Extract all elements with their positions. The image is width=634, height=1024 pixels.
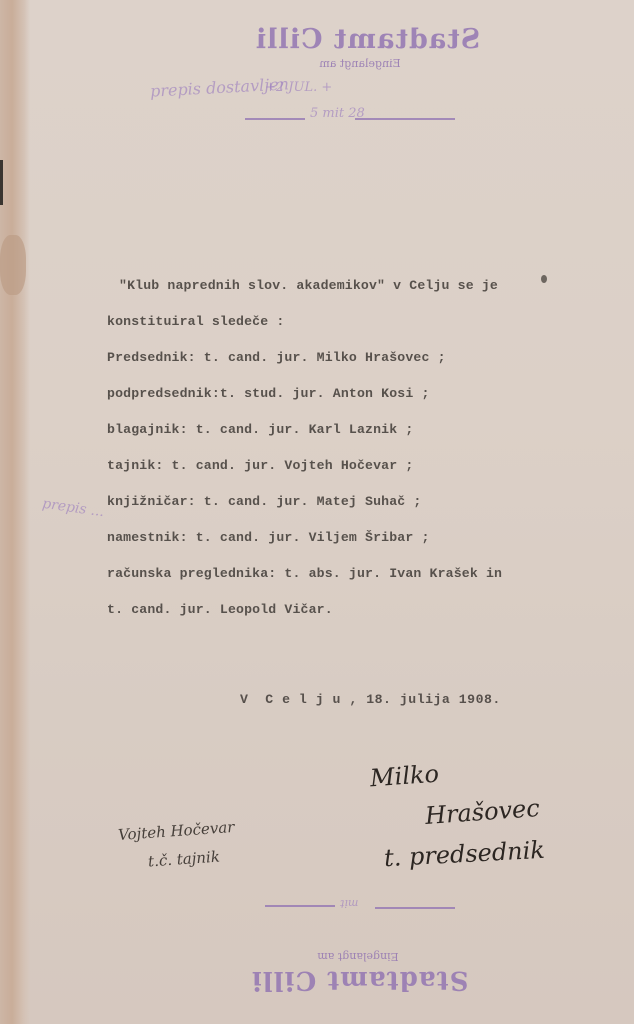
bottom-stamp-title: Stadtamt Cilli [251, 965, 468, 995]
body-line-auditors: računska preglednika: t. abs. jur. Ivan … [107, 556, 577, 592]
body-line-treasurer: blagajnik: t. cand. jur. Karl Laznik ; [107, 412, 577, 448]
signature-secretary-name: Vojteh Hočevar [118, 818, 235, 844]
body-line-vice-president: podpredsednik:t. stud. jur. Anton Kosi ; [107, 376, 577, 412]
signature-president-title: t. predsednik [383, 836, 545, 872]
body-line-deputy: namestnik: t. cand. jur. Viljem Šribar ; [107, 520, 577, 556]
typed-body: "Klub naprednih slov. akademikov" v Celj… [107, 268, 577, 628]
body-line-librarian: knjižničar: t. cand. jur. Matej Suhač ; [107, 484, 577, 520]
top-stamp-line-right [355, 118, 455, 120]
body-line-1: "Klub naprednih slov. akademikov" v Celj… [107, 268, 577, 304]
signature-president-last-name: Hrašovec [424, 794, 540, 830]
place-date-line: V C e l j u , 18. julija 1908. [240, 692, 501, 707]
body-line-secretary: tajnik: t. cand. jur. Vojteh Hočevar ; [107, 448, 577, 484]
top-stamp-title: Stadtamt Cilli [255, 24, 480, 55]
body-line-president: Predsednik: t. cand. jur. Milko Hrašovec… [107, 340, 577, 376]
left-edge-dark-mark [0, 160, 3, 205]
top-stamp-number-mark: 5 mit 28 [310, 106, 365, 121]
margin-handwritten-note: prepis ... [41, 496, 105, 521]
left-edge-stain-blob [0, 235, 26, 295]
body-line-2: konstituiral sledeče : [107, 304, 577, 340]
signature-secretary-title: t.č. tajnik [147, 848, 220, 871]
bottom-stamp-subtitle: Eingelangt am [248, 950, 468, 963]
top-stamp-handwritten-note: prepis dostavljen [150, 74, 290, 100]
bottom-stamp-number-mark: mit [340, 897, 358, 910]
top-stamp-line-left [245, 118, 305, 120]
signature-president-first-name: Milko [369, 760, 440, 793]
document-page: Stadtamt Cilli Eingelangt am +2 JUL. + p… [0, 0, 634, 1024]
bottom-stamp-line-left [265, 905, 335, 907]
bottom-stamp-line-right [375, 907, 455, 909]
bottom-stamp: Stadtamt Cilli Eingelangt am [248, 950, 468, 995]
left-edge-stain [0, 0, 30, 1024]
body-line-auditors-cont: t. cand. jur. Leopold Vičar. [107, 592, 577, 628]
top-stamp: Stadtamt Cilli Eingelangt am [240, 24, 480, 70]
top-stamp-subtitle: Eingelangt am [240, 57, 480, 70]
